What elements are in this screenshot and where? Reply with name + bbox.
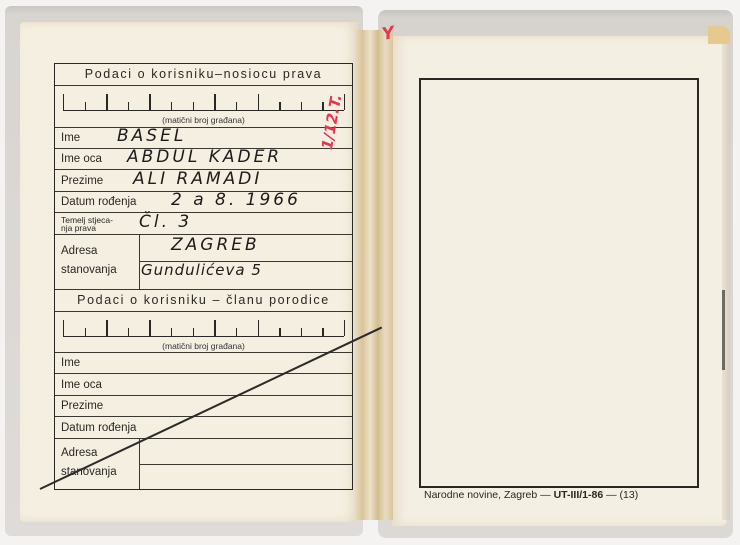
publisher-imprint: Narodne novine, Zagreb — UT-III/1-86 — (… bbox=[424, 489, 638, 501]
holder-id-number-field: (matični broj građana) bbox=[55, 86, 352, 128]
family-adresa-subdivider bbox=[139, 464, 352, 465]
family-adresa-label-line1: Adresa bbox=[61, 447, 97, 459]
booklet-spine bbox=[355, 30, 393, 520]
prezime-value: ALI RAMADI bbox=[133, 169, 262, 189]
id-number-caption: (matični broj građana) bbox=[55, 341, 352, 351]
ruler-tick bbox=[301, 102, 302, 110]
section-holder-header: Podaci o korisniku–nosiocu prava bbox=[55, 64, 352, 86]
family-prezime-row: Prezime bbox=[55, 396, 352, 417]
family-adresa-row: Adresa stanovanja bbox=[55, 439, 352, 489]
ruler-tick bbox=[149, 320, 150, 336]
ime-label: Ime bbox=[61, 132, 80, 144]
ruler-tick bbox=[149, 94, 150, 110]
ruler-tick bbox=[322, 102, 323, 110]
ruler-tick bbox=[63, 320, 64, 336]
ruler-tick bbox=[258, 320, 259, 336]
ime-oca-value: ABDUL KADER bbox=[127, 147, 282, 167]
ruler-tick bbox=[85, 102, 86, 110]
ruler-tick bbox=[193, 328, 194, 336]
section-family-title: Podaci o korisniku – članu porodice bbox=[55, 290, 352, 310]
holder-adresa-row: Adresa stanovanja ZAGREB Gundulićeva 5 bbox=[55, 235, 352, 290]
ruler-tick bbox=[258, 94, 259, 110]
id-number-caption: (matični broj građana) bbox=[55, 115, 352, 125]
imprint-prefix: Narodne novine, Zagreb — bbox=[424, 489, 554, 501]
section-holder-title: Podaci o korisniku–nosiocu prava bbox=[55, 64, 352, 84]
ruler-tick bbox=[128, 102, 129, 110]
ruler-tick bbox=[301, 328, 302, 336]
imprint-code: UT-III/1-86 bbox=[554, 489, 604, 501]
ruler-tick bbox=[279, 328, 280, 336]
adresa-label-line1: Adresa bbox=[61, 245, 97, 257]
page-corner bbox=[708, 26, 730, 44]
holder-ime-row: Ime BASEL bbox=[55, 128, 352, 149]
ruler-tick bbox=[106, 94, 107, 110]
family-ime-label: Ime bbox=[61, 357, 80, 369]
ruler-tick bbox=[85, 328, 86, 336]
ruler-tick bbox=[193, 102, 194, 110]
ruler-tick bbox=[236, 102, 237, 110]
holder-temelj-row: Temelj stjeca- nja prava Čl. 3 bbox=[55, 213, 352, 235]
adresa-value-line1: ZAGREB bbox=[171, 235, 260, 255]
family-datum-row: Datum rođenja bbox=[55, 417, 352, 439]
ruler-tick bbox=[279, 102, 280, 110]
ruler-tick bbox=[171, 328, 172, 336]
datum-rodenja-value: 2 a 8. 1966 bbox=[171, 190, 301, 210]
ruler-tick bbox=[128, 328, 129, 336]
holder-form-table: Podaci o korisniku–nosiocu prava (matičn… bbox=[54, 63, 353, 490]
family-datum-label: Datum rođenja bbox=[61, 422, 136, 434]
temelj-value: Čl. 3 bbox=[139, 212, 192, 232]
datum-rodenja-label: Datum rođenja bbox=[61, 196, 136, 208]
family-ime-oca-label: Ime oca bbox=[61, 379, 102, 391]
imprint-suffix: — (13) bbox=[603, 489, 638, 501]
id-number-ruler bbox=[63, 92, 344, 111]
id-number-ruler bbox=[63, 318, 344, 337]
family-id-number-field: (matični broj građana) bbox=[55, 312, 352, 353]
ruler-tick bbox=[106, 320, 107, 336]
page-stack-edge bbox=[722, 40, 730, 520]
prezime-label: Prezime bbox=[61, 175, 103, 187]
section-family-header: Podaci o korisniku – članu porodice bbox=[55, 290, 352, 312]
adresa-value-line2: Gundulićeva 5 bbox=[141, 261, 262, 279]
page-clip bbox=[722, 290, 725, 370]
family-prezime-label: Prezime bbox=[61, 400, 103, 412]
ruler-tick bbox=[63, 94, 64, 110]
blank-photo-frame bbox=[419, 78, 699, 488]
ruler-tick bbox=[171, 102, 172, 110]
ime-value: BASEL bbox=[117, 126, 186, 146]
adresa-label-line2: stanovanja bbox=[61, 264, 117, 276]
ruler-tick bbox=[214, 94, 215, 110]
ruler-tick bbox=[236, 328, 237, 336]
ruler-tick bbox=[214, 320, 215, 336]
family-ime-oca-row: Ime oca bbox=[55, 374, 352, 396]
ruler-tick bbox=[322, 328, 323, 336]
temelj-label-line2: nja prava bbox=[61, 224, 96, 233]
holder-prezime-row: Prezime ALI RAMADI bbox=[55, 170, 352, 192]
holder-datum-row: Datum rođenja 2 a 8. 1966 bbox=[55, 192, 352, 213]
ime-oca-label: Ime oca bbox=[61, 153, 102, 165]
ruler-tick bbox=[344, 320, 345, 336]
holder-ime-oca-row: Ime oca ABDUL KADER bbox=[55, 149, 352, 170]
